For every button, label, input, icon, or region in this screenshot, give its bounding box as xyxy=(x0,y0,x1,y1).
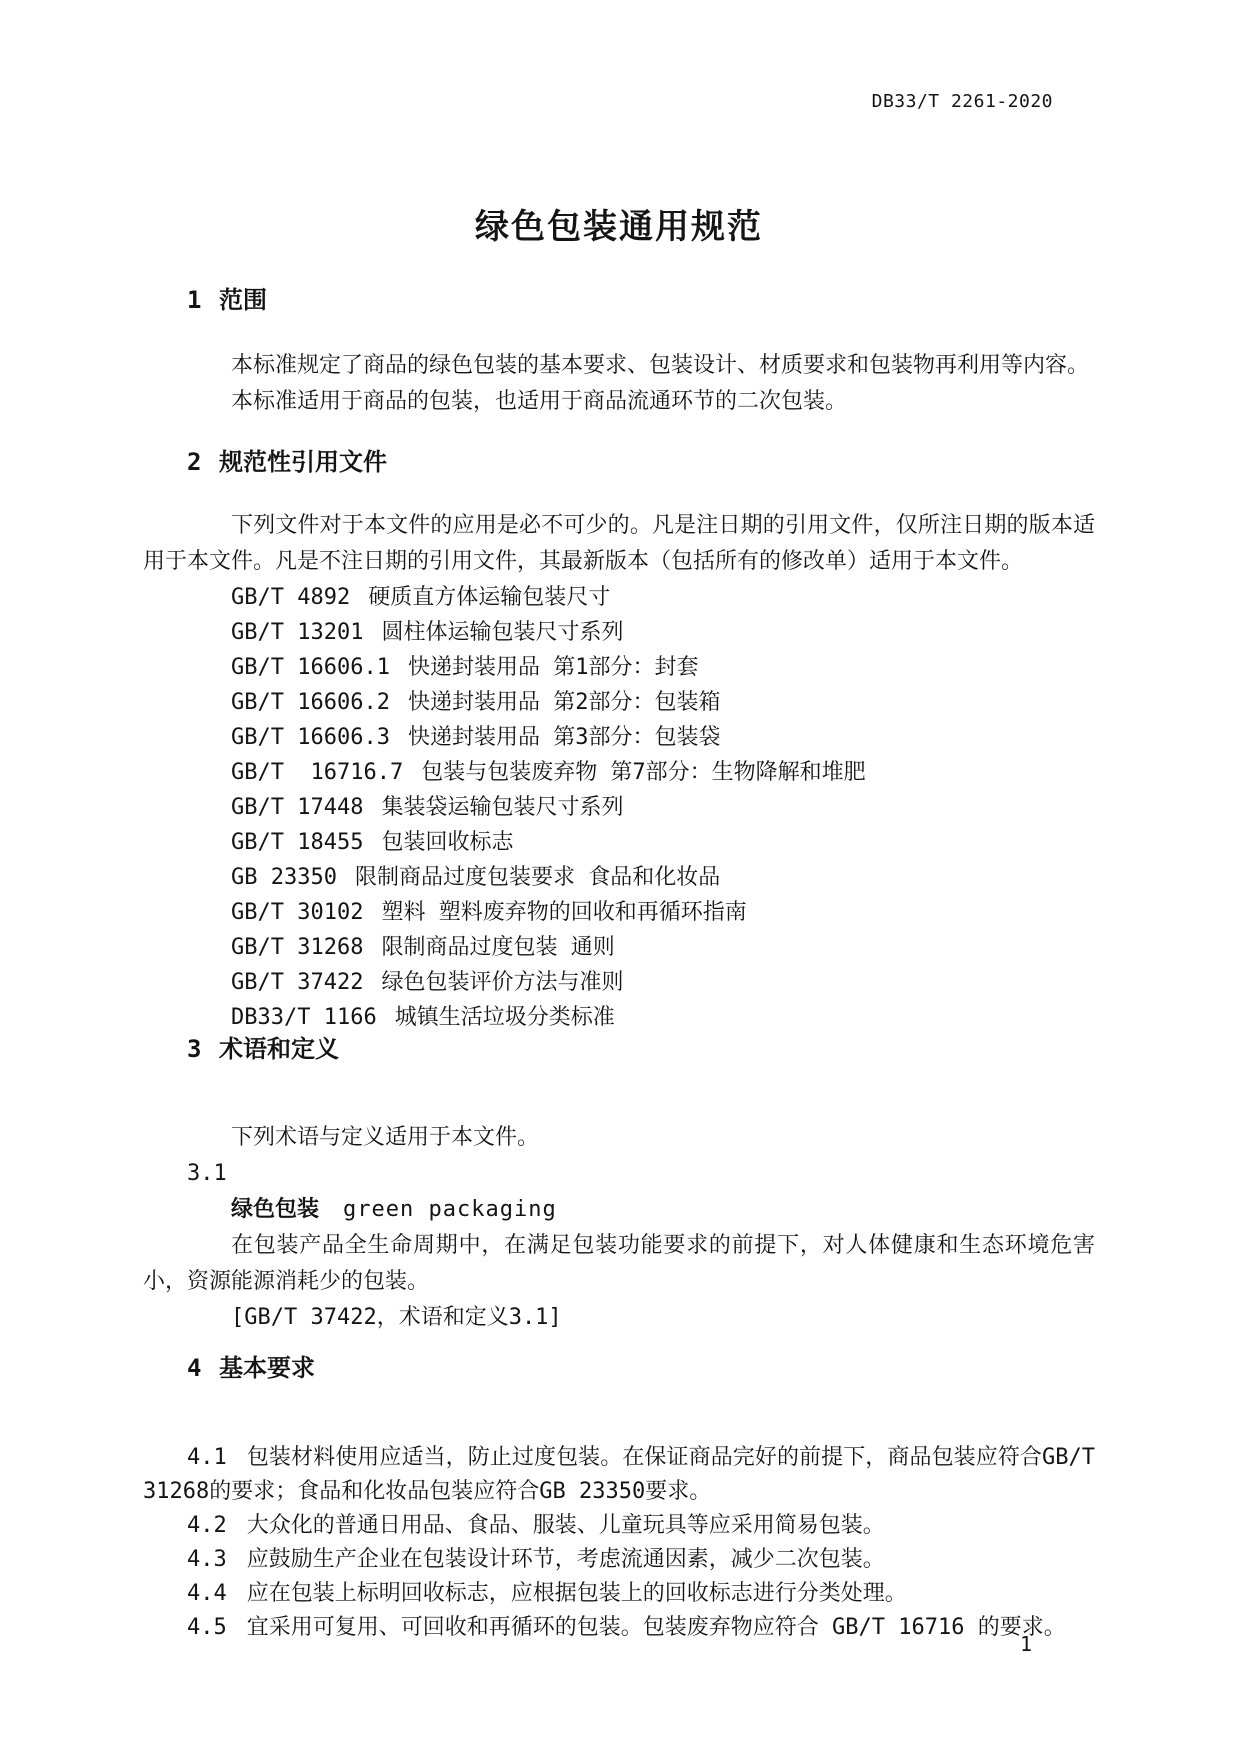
reference-code: GB 23350 xyxy=(231,865,337,890)
reference-code: GB/T 16606.3 xyxy=(231,725,390,750)
clause-text: 应在包装上标明回收标志，应根据包装上的回收标志进行分类处理。 xyxy=(247,1581,907,1606)
section-title: 基本要求 xyxy=(219,1354,315,1382)
reference-code: GB/T 17448 xyxy=(231,795,363,820)
clause-number: 4.5 xyxy=(187,1615,227,1640)
section-heading-scope: 1范围 xyxy=(143,286,1095,314)
section-heading-normative-references: 2规范性引用文件 xyxy=(143,448,1095,476)
term-definition: 在包装产品全生命周期中，在满足包装功能要求的前提下，对人体健康和生态环境危害小，… xyxy=(143,1228,1095,1300)
doc-number: DB33/T 2261-2020 xyxy=(143,90,1095,113)
clause-number: 4.4 xyxy=(187,1581,227,1606)
reference-title: 包装回收标志 xyxy=(381,830,513,855)
reference-code: GB/T 4892 xyxy=(231,585,350,610)
reference-item: GB/T 16716.7包装与包装废弃物 第7部分：生物降解和堆肥 xyxy=(143,755,1095,790)
page-number: 1 xyxy=(1020,1632,1032,1656)
clause-text: 包装材料使用应适当，防止过度包装。在保证商品完好的前提下，商品包装应符合GB/T… xyxy=(143,1445,1095,1504)
section-title: 术语和定义 xyxy=(219,1035,339,1063)
reference-item: GB/T 16606.2快递封装用品 第2部分：包装箱 xyxy=(143,685,1095,720)
section-number: 3 xyxy=(187,1035,219,1063)
reference-title: 快递封装用品 第2部分：包装箱 xyxy=(408,690,721,715)
reference-code: GB/T 30102 xyxy=(231,900,363,925)
reference-item: GB/T 16606.3快递封装用品 第3部分：包装袋 xyxy=(143,720,1095,755)
reference-code: GB/T 16606.2 xyxy=(231,690,390,715)
reference-title: 包装与包装废弃物 第7部分：生物降解和堆肥 xyxy=(421,760,866,785)
document-title: 绿色包装通用规范 xyxy=(143,207,1095,247)
reference-title: 城镇生活垃圾分类标准 xyxy=(395,1005,615,1030)
reference-title: 限制商品过度包装 通则 xyxy=(381,935,614,960)
clause-item: 4.5宜采用可复用、可回收和再循环的包装。包装废弃物应符合 GB/T 16716… xyxy=(143,1611,1095,1645)
clause-text: 大众化的普通日用品、食品、服装、儿童玩具等应采用简易包装。 xyxy=(247,1513,885,1538)
reference-item: DB33/T 1166城镇生活垃圾分类标准 xyxy=(143,1000,1095,1035)
section-number: 4 xyxy=(187,1354,219,1382)
reference-item: GB/T 17448集装袋运输包装尺寸系列 xyxy=(143,790,1095,825)
clause-item: 4.4应在包装上标明回收标志，应根据包装上的回收标志进行分类处理。 xyxy=(143,1577,1095,1611)
clause-item: 4.3应鼓励生产企业在包装设计环节，考虑流通因素，减少二次包装。 xyxy=(143,1543,1095,1577)
section-title: 规范性引用文件 xyxy=(219,448,387,476)
term-name: 绿色包装green packaging xyxy=(143,1192,1095,1228)
section-title: 范围 xyxy=(219,286,267,314)
references-list: GB/T 4892硬质直方体运输包装尺寸 GB/T 13201圆柱体运输包装尺寸… xyxy=(143,580,1095,1035)
reference-item: GB/T 30102塑料 塑料废弃物的回收和再循环指南 xyxy=(143,895,1095,930)
reference-title: 快递封装用品 第3部分：包装袋 xyxy=(408,725,721,750)
term-name-en: green packaging xyxy=(343,1197,557,1222)
reference-item: GB/T 13201圆柱体运输包装尺寸系列 xyxy=(143,615,1095,650)
normative-references-intro: 下列文件对于本文件的应用是必不可少的。凡是注日期的引用文件，仅所注日期的版本适用… xyxy=(143,508,1095,580)
clause-text: 宜采用可复用、可回收和再循环的包装。包装废弃物应符合 GB/T 16716 的要… xyxy=(247,1615,1066,1640)
term-entry: 3.1 绿色包装green packaging 在包装产品全生命周期中，在满足包… xyxy=(143,1156,1095,1336)
reference-item: GB 23350限制商品过度包装要求 食品和化妆品 xyxy=(143,860,1095,895)
reference-code: GB/T 37422 xyxy=(231,970,363,995)
clause-number: 4.2 xyxy=(187,1513,227,1538)
document-page: DB33/T 2261-2020 绿色包装通用规范 1范围 本标准规定了商品的绿… xyxy=(0,0,1241,1755)
reference-title: 集装袋运输包装尺寸系列 xyxy=(381,795,623,820)
terms-intro: 下列术语与定义适用于本文件。 xyxy=(143,1120,1095,1156)
reference-code: GB/T 31268 xyxy=(231,935,363,960)
reference-code: GB/T 16606.1 xyxy=(231,655,390,680)
reference-code: GB/T 13201 xyxy=(231,620,363,645)
section-heading-requirements: 4基本要求 xyxy=(143,1354,1095,1382)
clause-number: 4.3 xyxy=(187,1547,227,1572)
reference-code: GB/T 16716.7 xyxy=(231,760,403,785)
reference-title: 绿色包装评价方法与准则 xyxy=(381,970,623,995)
clause-text: 应鼓励生产企业在包装设计环节，考虑流通因素，减少二次包装。 xyxy=(247,1547,885,1572)
reference-title: 硬质直方体运输包装尺寸 xyxy=(368,585,610,610)
term-source: [GB/T 37422，术语和定义3.1] xyxy=(143,1300,1095,1336)
reference-item: GB/T 16606.1快递封装用品 第1部分：封套 xyxy=(143,650,1095,685)
reference-title: 圆柱体运输包装尺寸系列 xyxy=(381,620,623,645)
reference-item: GB/T 37422绿色包装评价方法与准则 xyxy=(143,965,1095,1000)
clause-number: 4.1 xyxy=(187,1445,227,1470)
reference-code: GB/T 18455 xyxy=(231,830,363,855)
term-clause-number: 3.1 xyxy=(143,1156,1095,1192)
reference-title: 快递封装用品 第1部分：封套 xyxy=(408,655,699,680)
reference-title: 限制商品过度包装要求 食品和化妆品 xyxy=(355,865,720,890)
requirements-clause-list: 4.1包装材料使用应适当，防止过度包装。在保证商品完好的前提下，商品包装应符合G… xyxy=(143,1441,1095,1645)
reference-code: DB33/T 1166 xyxy=(231,1005,377,1030)
term-name-zh: 绿色包装 xyxy=(231,1197,319,1222)
section-number: 2 xyxy=(187,448,219,476)
scope-paragraph-1: 本标准规定了商品的绿色包装的基本要求、包装设计、材质要求和包装物再利用等内容。 xyxy=(143,348,1095,384)
reference-item: GB/T 31268限制商品过度包装 通则 xyxy=(143,930,1095,965)
clause-item: 4.2大众化的普通日用品、食品、服装、儿童玩具等应采用简易包装。 xyxy=(143,1509,1095,1543)
reference-title: 塑料 塑料废弃物的回收和再循环指南 xyxy=(381,900,746,925)
clause-item: 4.1包装材料使用应适当，防止过度包装。在保证商品完好的前提下，商品包装应符合G… xyxy=(143,1441,1095,1509)
section-number: 1 xyxy=(187,286,219,314)
scope-paragraph-2: 本标准适用于商品的包装，也适用于商品流通环节的二次包装。 xyxy=(143,384,1095,420)
section-heading-terms: 3术语和定义 xyxy=(143,1035,1095,1063)
reference-item: GB/T 18455包装回收标志 xyxy=(143,825,1095,860)
reference-item: GB/T 4892硬质直方体运输包装尺寸 xyxy=(143,580,1095,615)
